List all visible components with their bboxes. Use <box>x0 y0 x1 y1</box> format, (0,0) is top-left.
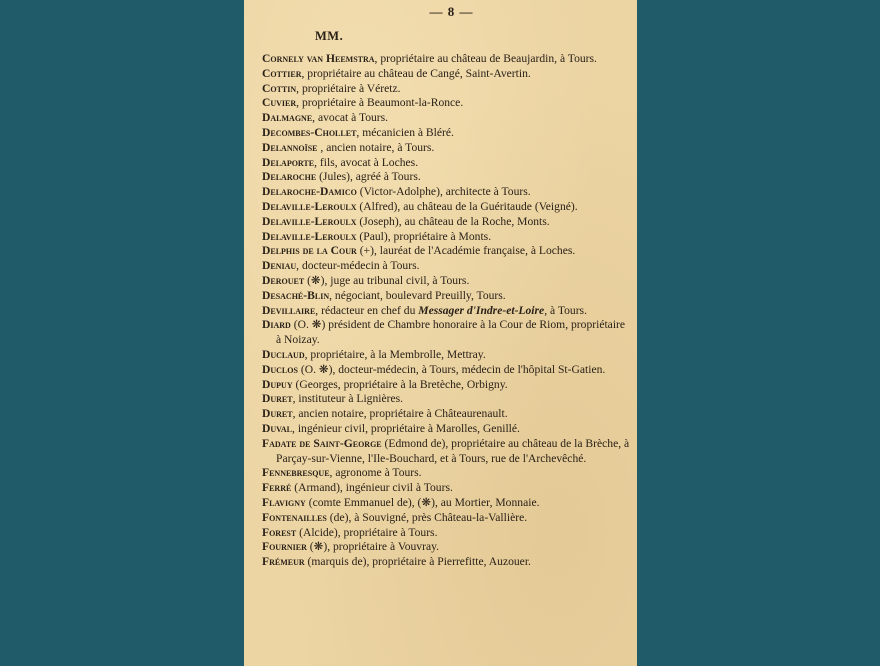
member-description: (Jules), agréé à Tours. <box>316 170 421 183</box>
list-item: Dalmagne, avocat à Tours. <box>262 111 630 126</box>
member-description: (Victor-Adolphe), architecte à Tours. <box>357 185 531 198</box>
publication-title: Messager d'Indre-et-Loire <box>418 304 544 317</box>
list-item: Deniau, docteur-médecin à Tours. <box>262 259 630 274</box>
member-name: Delaville-Leroulx <box>262 230 357 243</box>
member-description: , avocat à Tours. <box>312 111 388 124</box>
list-item: Delaroche-Damico (Victor-Adolphe), archi… <box>262 185 630 200</box>
member-description: , docteur-médecin à Tours. <box>296 259 419 272</box>
member-name: Duclaud <box>262 348 305 361</box>
member-name: Cottin <box>262 82 296 95</box>
member-name: Frémeur <box>262 555 305 568</box>
member-description: , instituteur à Lignières. <box>293 392 403 405</box>
member-name: Delaville-Leroulx <box>262 200 357 213</box>
member-name: Duret <box>262 407 293 420</box>
member-description: (Georges, propriétaire à la Bretèche, Or… <box>293 378 508 391</box>
member-description: (Joseph), au château de la Roche, Monts. <box>357 215 550 228</box>
member-name: Delaroche-Damico <box>262 185 357 198</box>
member-list: Cornely van Heemstra, propriétaire au ch… <box>262 52 630 570</box>
member-description: (Armand), ingénieur civil à Tours. <box>291 481 453 494</box>
document-page: — 8 — MM. Cornely van Heemstra, propriét… <box>244 0 637 666</box>
list-item: Cottin, propriétaire à Véretz. <box>262 82 630 97</box>
list-item: Derouet (❋), juge au tribunal civil, à T… <box>262 274 630 289</box>
member-description: (Alcide), propriétaire à Tours. <box>296 526 437 539</box>
list-item: Duval, ingénieur civil, propriétaire à M… <box>262 422 630 437</box>
member-name: Delaporte <box>262 156 314 169</box>
member-name: Delphis de la Cour <box>262 244 357 257</box>
member-description: (❋), propriétaire à Vouvray. <box>307 540 439 553</box>
page-number: — 8 — <box>244 4 637 20</box>
salutation: MM. <box>315 29 343 44</box>
member-name: Devillaire <box>262 304 315 317</box>
member-name: Fournier <box>262 540 307 553</box>
member-description: , propriétaire à Beaumont-la-Ronce. <box>296 96 463 109</box>
member-description: (+), lauréat de l'Académie française, à … <box>357 244 576 257</box>
list-item: Diard (O. ❋) président de Chambre honora… <box>262 318 630 348</box>
member-description: (de), à Souvigné, près Château-la-Valliè… <box>327 511 527 524</box>
list-item: Duclaud, propriétaire, à la Membrolle, M… <box>262 348 630 363</box>
member-description: (comte Emmanuel de), (❋), au Mortier, Mo… <box>306 496 540 509</box>
list-item: Fournier (❋), propriétaire à Vouvray. <box>262 540 630 555</box>
member-description: , ingénieur civil, propriétaire à Maroll… <box>292 422 520 435</box>
member-name: Delaroche <box>262 170 316 183</box>
member-name: Cuvier <box>262 96 296 109</box>
member-description: , négociant, boulevard Preuilly, Tours. <box>329 289 506 302</box>
member-name: Decombes-Chollet <box>262 126 356 139</box>
member-description: , propriétaire, à la Membrolle, Mettray. <box>305 348 486 361</box>
list-item: Ferré (Armand), ingénieur civil à Tours. <box>262 481 630 496</box>
member-description: (Alfred), au château de la Guéritaude (V… <box>357 200 578 213</box>
list-item: Fennebresque, agronome à Tours. <box>262 466 630 481</box>
member-description: (marquis de), propriétaire à Pierrefitte… <box>305 555 531 568</box>
list-item: Delaroche (Jules), agréé à Tours. <box>262 170 630 185</box>
member-name: Deniau <box>262 259 296 272</box>
member-description: (Paul), propriétaire à Monts. <box>357 230 492 243</box>
member-name: Delannoïse <box>262 141 318 154</box>
list-item: Forest (Alcide), propriétaire à Tours. <box>262 526 630 541</box>
member-name: Fennebresque <box>262 466 330 479</box>
list-item: Desaché-Blin, négociant, boulevard Preui… <box>262 289 630 304</box>
member-description: (O. ❋) président de Chambre honoraire à … <box>276 318 625 346</box>
member-name: Delaville-Leroulx <box>262 215 357 228</box>
member-description: (O. ❋), docteur-médecin, à Tours, médeci… <box>298 363 605 376</box>
member-description: , ancien notaire, propriétaire à Château… <box>293 407 508 420</box>
member-description: (❋), juge au tribunal civil, à Tours. <box>304 274 469 287</box>
member-name: Derouet <box>262 274 304 287</box>
member-name: Duval <box>262 422 292 435</box>
member-name: Dupuy <box>262 378 293 391</box>
list-item: Delaporte, fils, avocat à Loches. <box>262 156 630 171</box>
list-item: Delphis de la Cour (+), lauréat de l'Aca… <box>262 244 630 259</box>
member-description: , rédacteur en chef du <box>315 304 418 317</box>
member-description: , ancien notaire, à Tours. <box>318 141 435 154</box>
list-item: Dupuy (Georges, propriétaire à la Bretèc… <box>262 378 630 393</box>
member-description-continued: , à Tours. <box>544 304 587 317</box>
member-description: , mécanicien à Bléré. <box>356 126 454 139</box>
list-item: Delannoïse , ancien notaire, à Tours. <box>262 141 630 156</box>
list-item: Frémeur (marquis de), propriétaire à Pie… <box>262 555 630 570</box>
list-item: Duret, ancien notaire, propriétaire à Ch… <box>262 407 630 422</box>
list-item: Decombes-Chollet, mécanicien à Bléré. <box>262 126 630 141</box>
list-item: Cottier, propriétaire au château de Cang… <box>262 67 630 82</box>
member-name: Forest <box>262 526 296 539</box>
list-item: Flavigny (comte Emmanuel de), (❋), au Mo… <box>262 496 630 511</box>
member-name: Cornely van Heemstra <box>262 52 375 65</box>
member-description: , fils, avocat à Loches. <box>314 156 418 169</box>
list-item: Devillaire, rédacteur en chef du Message… <box>262 304 630 319</box>
member-description: , agronome à Tours. <box>330 466 422 479</box>
member-description: , propriétaire au château de Beaujardin,… <box>375 52 597 65</box>
list-item: Cuvier, propriétaire à Beaumont-la-Ronce… <box>262 96 630 111</box>
member-name: Flavigny <box>262 496 306 509</box>
list-item: Duclos (O. ❋), docteur-médecin, à Tours,… <box>262 363 630 378</box>
list-item: Fadate de Saint-George (Edmond de), prop… <box>262 437 630 467</box>
member-description: , propriétaire au château de Cangé, Sain… <box>302 67 531 80</box>
member-name: Fadate de Saint-George <box>262 437 382 450</box>
member-name: Diard <box>262 318 291 331</box>
member-name: Fontenailles <box>262 511 327 524</box>
member-description: , propriétaire à Véretz. <box>296 82 400 95</box>
list-item: Cornely van Heemstra, propriétaire au ch… <box>262 52 630 67</box>
list-item: Fontenailles (de), à Souvigné, près Chât… <box>262 511 630 526</box>
list-item: Delaville-Leroulx (Alfred), au château d… <box>262 200 630 215</box>
member-name: Duclos <box>262 363 298 376</box>
member-name: Cottier <box>262 67 302 80</box>
member-name: Ferré <box>262 481 291 494</box>
list-item: Delaville-Leroulx (Paul), propriétaire à… <box>262 230 630 245</box>
list-item: Delaville-Leroulx (Joseph), au château d… <box>262 215 630 230</box>
list-item: Duret, instituteur à Lignières. <box>262 392 630 407</box>
member-name: Desaché-Blin <box>262 289 329 302</box>
member-name: Dalmagne <box>262 111 312 124</box>
member-name: Duret <box>262 392 293 405</box>
